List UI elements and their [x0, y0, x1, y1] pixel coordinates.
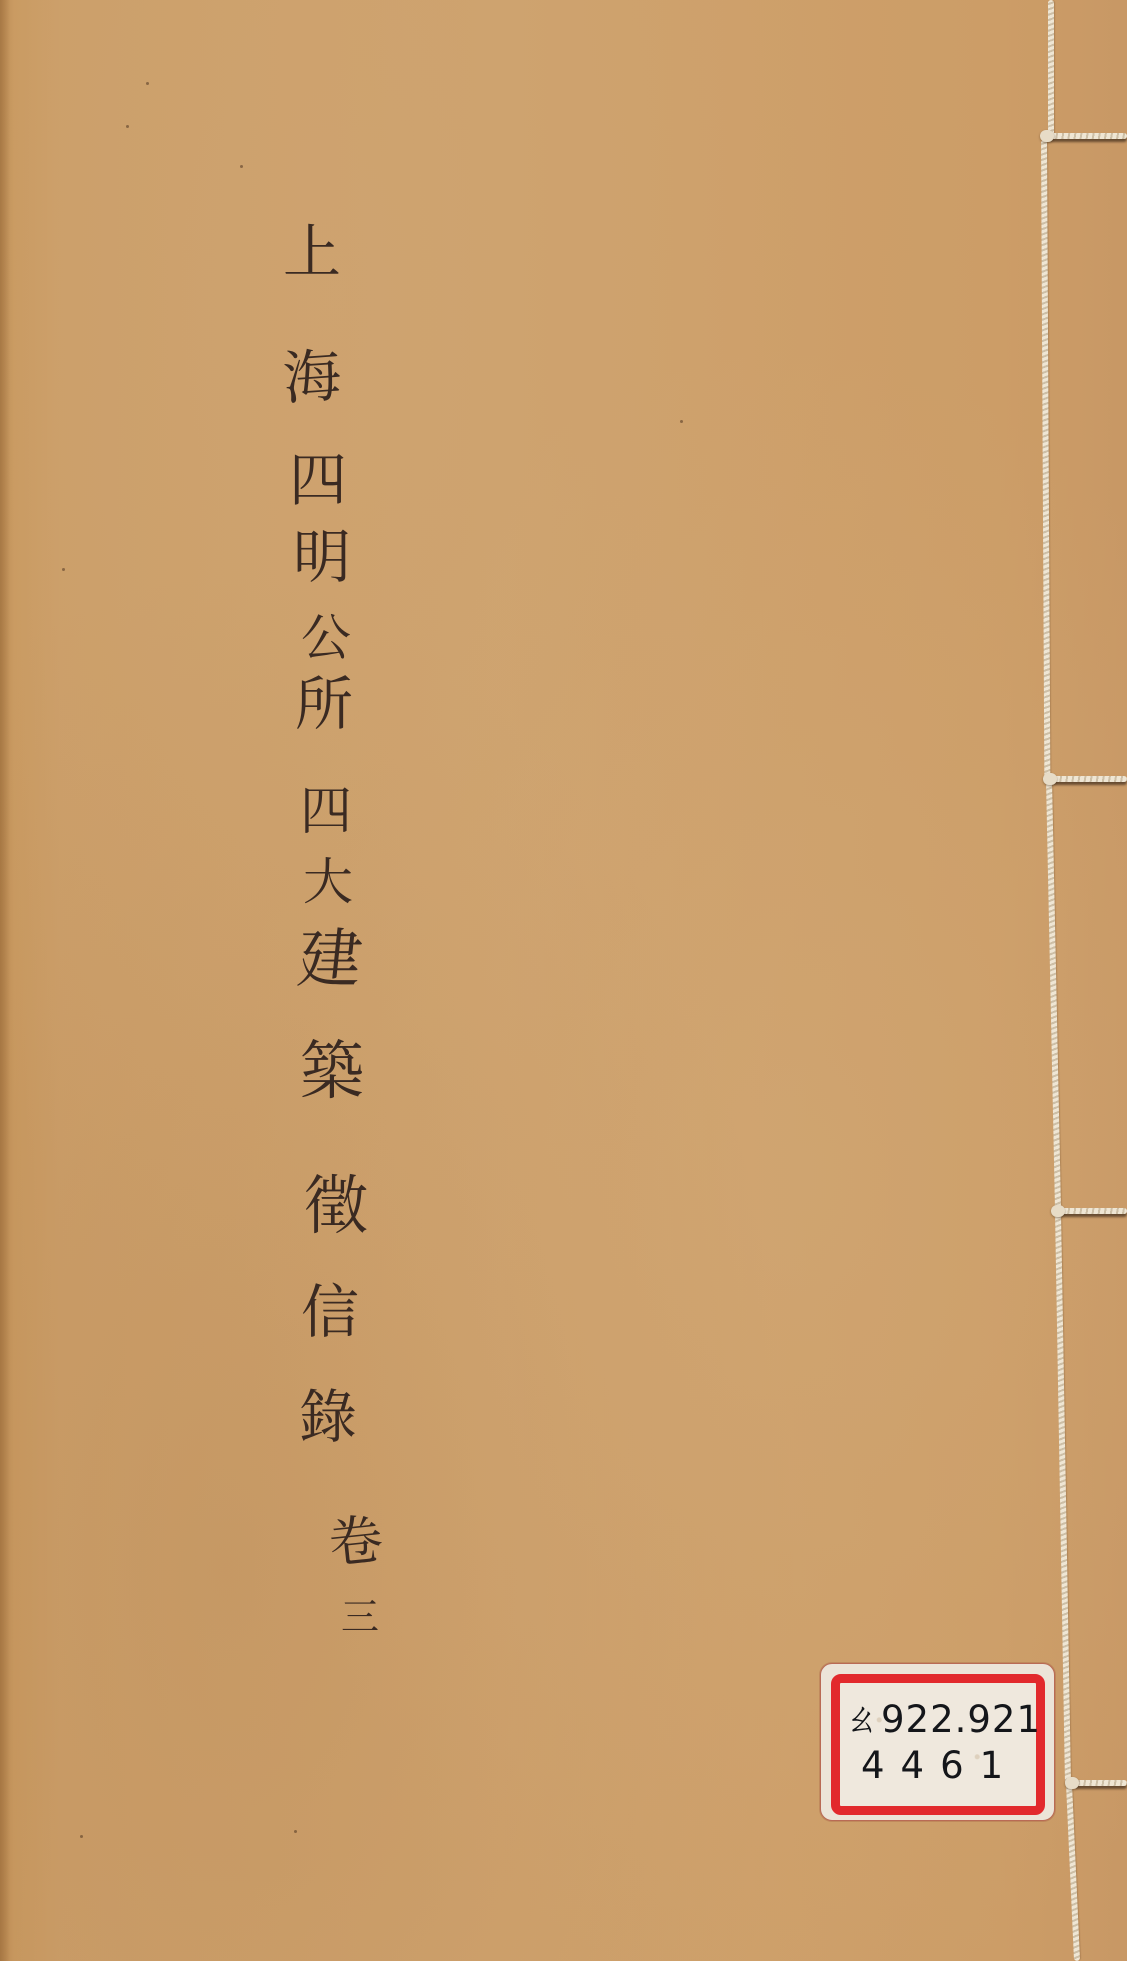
call-number-line-2: 4461 [861, 1746, 1019, 1786]
title-char: 四 [268, 450, 368, 510]
paper-speck [80, 1835, 83, 1838]
title-char: 信 [280, 1282, 380, 1342]
title-char: 明 [272, 527, 372, 587]
call-number-label: ㄠ922.921 4461 [820, 1663, 1055, 1821]
title-char: 大 [278, 852, 378, 912]
stitch-knot [1040, 130, 1054, 142]
binding-stitch [1058, 1208, 1127, 1214]
title-char: 徵 [286, 1177, 386, 1237]
paper-speck [294, 1830, 297, 1833]
book-cover: 上 海 四 明 公 所 四 大 建 築 徵 信 錄 卷 三 ㄠ922.921 4… [0, 0, 1127, 1961]
stitch-knot [1043, 773, 1057, 785]
binding-thread [1066, 1784, 1080, 1961]
cover-left-edge [0, 0, 10, 1961]
binding-stitch [1046, 133, 1127, 139]
binding-thread [1046, 780, 1061, 1212]
stitch-knot [1051, 1205, 1065, 1217]
binding-thread [1041, 140, 1050, 780]
title-char: 公 [276, 608, 376, 668]
binding-thread [1048, 0, 1054, 140]
title-char: 築 [282, 1042, 382, 1102]
paper-speck [146, 82, 149, 85]
title-char: 海 [260, 344, 364, 411]
paper-speck [680, 420, 683, 423]
volume-char: 卷 [303, 1507, 409, 1577]
title-char: 四 [276, 782, 376, 842]
title-char: 所 [274, 674, 374, 734]
binding-stitch [1050, 776, 1127, 782]
paper-speck [126, 125, 129, 128]
paper-speck [62, 568, 65, 571]
stitch-knot [1065, 1777, 1079, 1789]
call-number-line-1: ㄠ922.921 [843, 1700, 1041, 1740]
title-char: 建 [277, 930, 383, 990]
title-char: 上 [262, 222, 362, 282]
paper-speck [240, 165, 243, 168]
binding-thread [1055, 1212, 1071, 1784]
volume-number: 三 [310, 1587, 410, 1647]
binding-stitch [1074, 1780, 1127, 1786]
title-char: 錄 [278, 1387, 378, 1447]
